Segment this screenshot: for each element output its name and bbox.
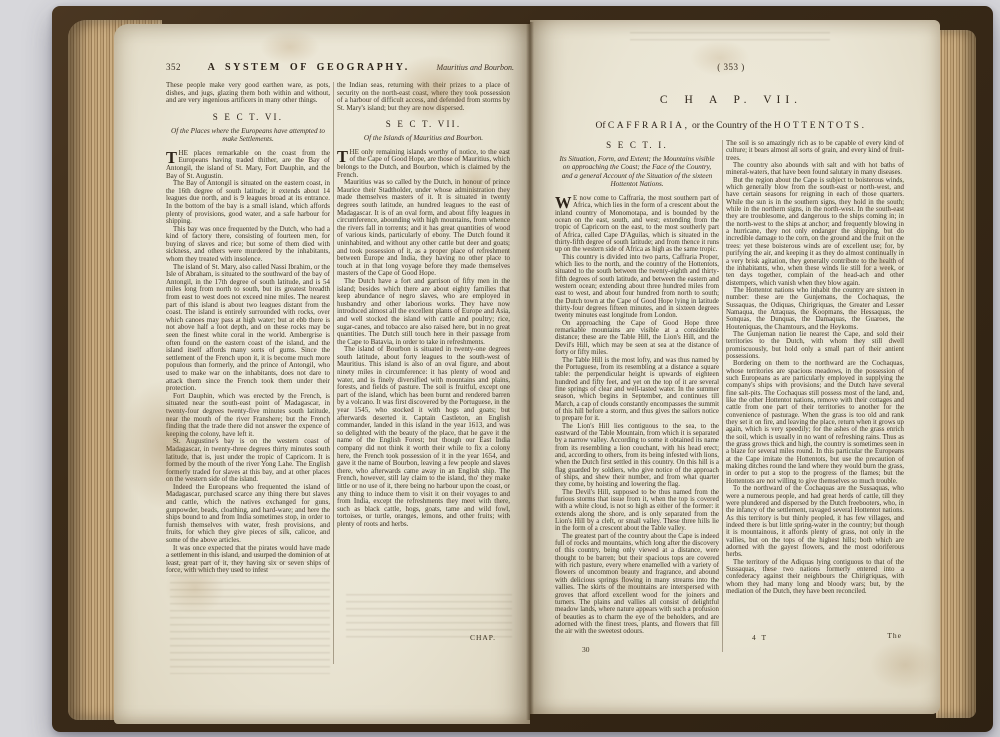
verso-show-through: [346, 594, 512, 639]
section-heading: S E C T. VI.: [166, 112, 330, 122]
press-figure: 30: [582, 645, 590, 654]
section-argument: Its Situation, Form, and Extent; the Mou…: [559, 155, 715, 189]
column-rule: [722, 140, 723, 652]
paragraph: WE now come to Caffraria, the most south…: [555, 195, 719, 254]
paragraph: On approaching the Cape of Good Hope thr…: [555, 320, 719, 357]
paragraph: THE places remarkable on the coast from …: [166, 150, 330, 180]
right-page-number: ( 353 ): [555, 62, 907, 72]
paragraph: The territory of the Adiquas lying conti…: [726, 559, 904, 596]
right-page-column-1: S E C T. I. Its Situation, Form, and Ext…: [555, 140, 719, 652]
paragraph: The Gunjeman nation lie nearest the Cape…: [726, 331, 904, 360]
photo-of-open-book: { "colors": { "background": "#d7d7db", "…: [0, 0, 1000, 737]
paragraph: The island of St. Mary, also called Nass…: [166, 264, 330, 393]
paragraph: But the region about the Cape is subject…: [726, 177, 904, 287]
paragraph: Mauritius was so called by the Dutch, in…: [337, 179, 510, 278]
paragraph: To the northward of the Cochaquas are th…: [726, 485, 904, 558]
left-page-number: 352: [166, 62, 181, 72]
paragraph: The Lion's Hill lies contiguous to the s…: [555, 423, 719, 489]
drop-cap: W: [555, 195, 573, 210]
column-rule: [333, 82, 334, 664]
paragraph: the Indian seas, returning with their pr…: [337, 82, 510, 112]
paragraph: Indeed the Europeans who frequented the …: [166, 484, 330, 545]
section-argument: Of the Islands of Mauritius and Bourbon.: [341, 134, 506, 142]
verso-show-through: [630, 32, 830, 46]
verso-show-through: [170, 554, 330, 674]
paragraph: The Devil's Hill, supposed to be thus na…: [555, 489, 719, 533]
chapter-title: Of CAFFRARIA, or the Country of the HOTT…: [555, 121, 907, 131]
paragraph: The Table Hill is the most lofty, and wa…: [555, 357, 719, 423]
right-page-stack-edge: [936, 30, 976, 718]
paragraph: THE only remaining islands worthy of not…: [337, 149, 510, 179]
left-running-title: A SYSTEM OF GEOGRAPHY.: [208, 62, 410, 73]
paragraph: This country is divided into two parts, …: [555, 254, 719, 320]
section-argument: Of the Places where the Europeans have a…: [170, 127, 326, 144]
paragraph: The greatest part of the country about t…: [555, 533, 719, 636]
paragraph: The Hottentot nations who inhabit the co…: [726, 287, 904, 331]
drop-cap: T: [337, 149, 350, 164]
catchword: The: [887, 631, 902, 640]
left-running-head: 352 A SYSTEM OF GEOGRAPHY. Mauritius and…: [166, 62, 514, 73]
paragraph: The Bay of Antongil is situated on the e…: [166, 180, 330, 226]
right-page-column-2: The soil is so amazingly rich as to be c…: [726, 140, 904, 652]
paragraph: This bay was once frequented by the Dutc…: [166, 226, 330, 264]
paragraph: Bordering on them to the northward are t…: [726, 360, 904, 485]
paragraph: The Dutch have a fort and garrison of fi…: [337, 278, 510, 346]
paragraph: The soil is so amazingly rich as to be c…: [726, 140, 904, 162]
left-page-column-2: the Indian seas, returning with their pr…: [337, 82, 510, 664]
paragraph: The island of Bourbon is situated in twe…: [337, 346, 510, 528]
paragraph: Fort Dauphin, which was erected by the F…: [166, 393, 330, 439]
chapter-heading: C H A P. VII.: [555, 94, 907, 106]
paragraph: The country also abounds with salt and w…: [726, 162, 904, 177]
section-heading: S E C T. VII.: [337, 119, 510, 129]
paragraph: These people make very good earthen ware…: [166, 82, 330, 105]
right-page: ( 353 ) C H A P. VII. Of CAFFRARIA, or t…: [530, 20, 940, 714]
gutter-shadow: [526, 22, 534, 720]
drop-cap: T: [166, 150, 179, 165]
section-heading: S E C T. I.: [555, 140, 719, 150]
paragraph: St. Augustine's bay is on the western co…: [166, 438, 330, 484]
signature-mark: 4 T: [752, 633, 768, 642]
left-running-subject: Mauritius and Bourbon.: [436, 63, 514, 72]
left-page: 352 A SYSTEM OF GEOGRAPHY. Mauritius and…: [114, 24, 530, 724]
